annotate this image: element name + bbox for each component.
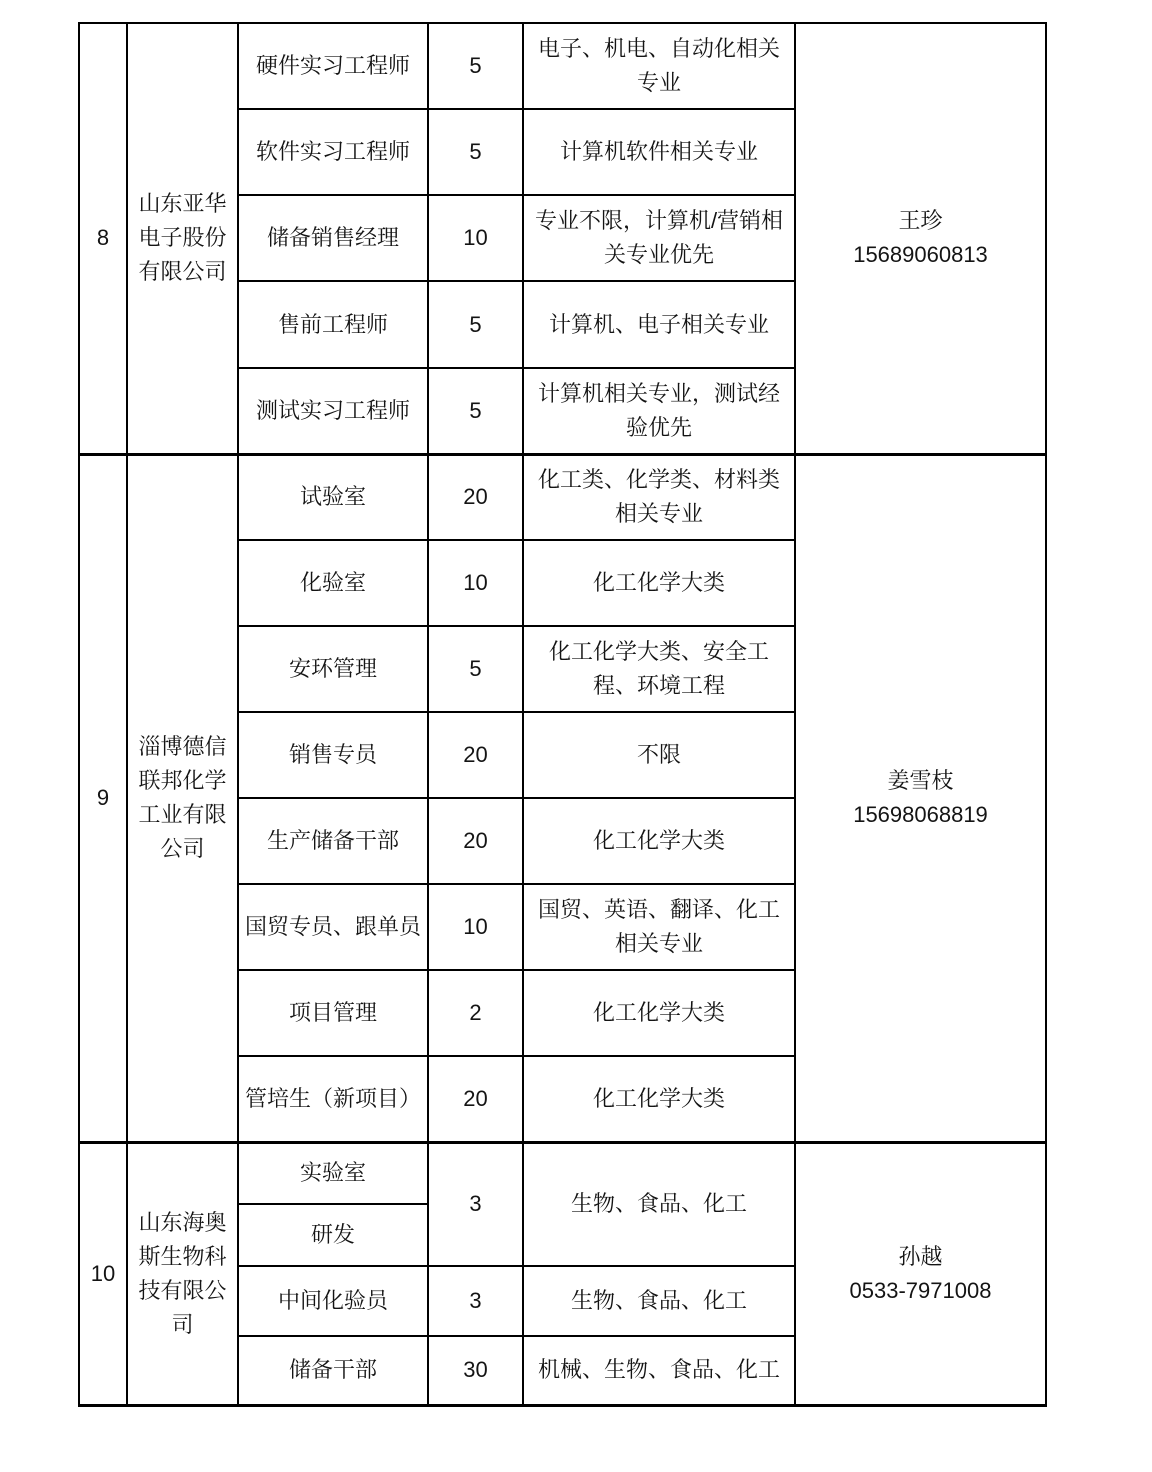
position-cell: 销售专员 bbox=[238, 712, 428, 798]
position-cell: 硬件实习工程师 bbox=[238, 23, 428, 109]
count-cell: 10 bbox=[428, 195, 523, 281]
table-row: 10山东海奥斯生物科技有限公司实验室3生物、食品、化工孙越0533-797100… bbox=[79, 1142, 1046, 1204]
company-cell: 山东海奥斯生物科技有限公司 bbox=[127, 1142, 238, 1405]
contact-cell: 姜雪枝15698068819 bbox=[795, 454, 1046, 1142]
requirement-cell: 计算机、电子相关专业 bbox=[523, 281, 795, 368]
requirement-cell: 生物、食品、化工 bbox=[523, 1142, 795, 1266]
count-cell: 20 bbox=[428, 798, 523, 884]
seq-cell: 8 bbox=[79, 23, 127, 454]
position-cell: 实验室 bbox=[238, 1142, 428, 1204]
requirement-cell: 不限 bbox=[523, 712, 795, 798]
position-cell: 储备干部 bbox=[238, 1336, 428, 1405]
requirement-cell: 化工化学大类 bbox=[523, 540, 795, 626]
seq-cell: 9 bbox=[79, 454, 127, 1142]
seq-cell: 10 bbox=[79, 1142, 127, 1405]
count-cell: 3 bbox=[428, 1266, 523, 1336]
position-cell: 国贸专员、跟单员 bbox=[238, 884, 428, 970]
position-cell: 储备销售经理 bbox=[238, 195, 428, 281]
position-cell: 生产储备干部 bbox=[238, 798, 428, 884]
position-cell: 化验室 bbox=[238, 540, 428, 626]
requirement-cell: 化工化学大类 bbox=[523, 1056, 795, 1142]
table-row: 8山东亚华电子股份有限公司硬件实习工程师5电子、机电、自动化相关专业王珍1568… bbox=[79, 23, 1046, 109]
count-cell: 2 bbox=[428, 970, 523, 1056]
company-cell: 淄博德信联邦化学工业有限公司 bbox=[127, 454, 238, 1142]
count-cell: 3 bbox=[428, 1142, 523, 1266]
contact-name: 孙越 bbox=[802, 1240, 1039, 1274]
document-page: 8山东亚华电子股份有限公司硬件实习工程师5电子、机电、自动化相关专业王珍1568… bbox=[0, 0, 1152, 1472]
count-cell: 5 bbox=[428, 109, 523, 195]
position-cell: 项目管理 bbox=[238, 970, 428, 1056]
count-cell: 5 bbox=[428, 281, 523, 368]
requirement-cell: 化工类、化学类、材料类相关专业 bbox=[523, 454, 795, 540]
count-cell: 30 bbox=[428, 1336, 523, 1405]
requirement-cell: 机械、生物、食品、化工 bbox=[523, 1336, 795, 1405]
count-cell: 20 bbox=[428, 454, 523, 540]
contact-name: 姜雪枝 bbox=[802, 764, 1039, 798]
contact-phone: 15698068819 bbox=[802, 798, 1039, 832]
count-cell: 5 bbox=[428, 368, 523, 454]
requirement-cell: 生物、食品、化工 bbox=[523, 1266, 795, 1336]
requirement-cell: 化工化学大类 bbox=[523, 970, 795, 1056]
contact-phone: 0533-7971008 bbox=[802, 1274, 1039, 1308]
position-cell: 售前工程师 bbox=[238, 281, 428, 368]
requirement-cell: 专业不限，计算机/营销相关专业优先 bbox=[523, 195, 795, 281]
count-cell: 5 bbox=[428, 23, 523, 109]
requirement-cell: 化工化学大类、安全工程、环境工程 bbox=[523, 626, 795, 712]
requirement-cell: 计算机相关专业，测试经验优先 bbox=[523, 368, 795, 454]
requirement-cell: 国贸、英语、翻译、化工相关专业 bbox=[523, 884, 795, 970]
position-cell: 软件实习工程师 bbox=[238, 109, 428, 195]
position-cell: 管培生（新项目） bbox=[238, 1056, 428, 1142]
requirement-cell: 电子、机电、自动化相关专业 bbox=[523, 23, 795, 109]
position-cell: 测试实习工程师 bbox=[238, 368, 428, 454]
count-cell: 10 bbox=[428, 540, 523, 626]
count-cell: 20 bbox=[428, 1056, 523, 1142]
requirement-cell: 化工化学大类 bbox=[523, 798, 795, 884]
contact-name: 王珍 bbox=[802, 204, 1039, 238]
position-cell: 试验室 bbox=[238, 454, 428, 540]
count-cell: 10 bbox=[428, 884, 523, 970]
requirement-cell: 计算机软件相关专业 bbox=[523, 109, 795, 195]
position-cell: 研发 bbox=[238, 1204, 428, 1266]
count-cell: 20 bbox=[428, 712, 523, 798]
contact-cell: 王珍15689060813 bbox=[795, 23, 1046, 454]
count-cell: 5 bbox=[428, 626, 523, 712]
table-row: 9淄博德信联邦化学工业有限公司试验室20化工类、化学类、材料类相关专业姜雪枝15… bbox=[79, 454, 1046, 540]
company-cell: 山东亚华电子股份有限公司 bbox=[127, 23, 238, 454]
position-cell: 中间化验员 bbox=[238, 1266, 428, 1336]
contact-cell: 孙越0533-7971008 bbox=[795, 1142, 1046, 1405]
position-cell: 安环管理 bbox=[238, 626, 428, 712]
contact-phone: 15689060813 bbox=[802, 238, 1039, 272]
recruitment-table: 8山东亚华电子股份有限公司硬件实习工程师5电子、机电、自动化相关专业王珍1568… bbox=[78, 22, 1047, 1407]
